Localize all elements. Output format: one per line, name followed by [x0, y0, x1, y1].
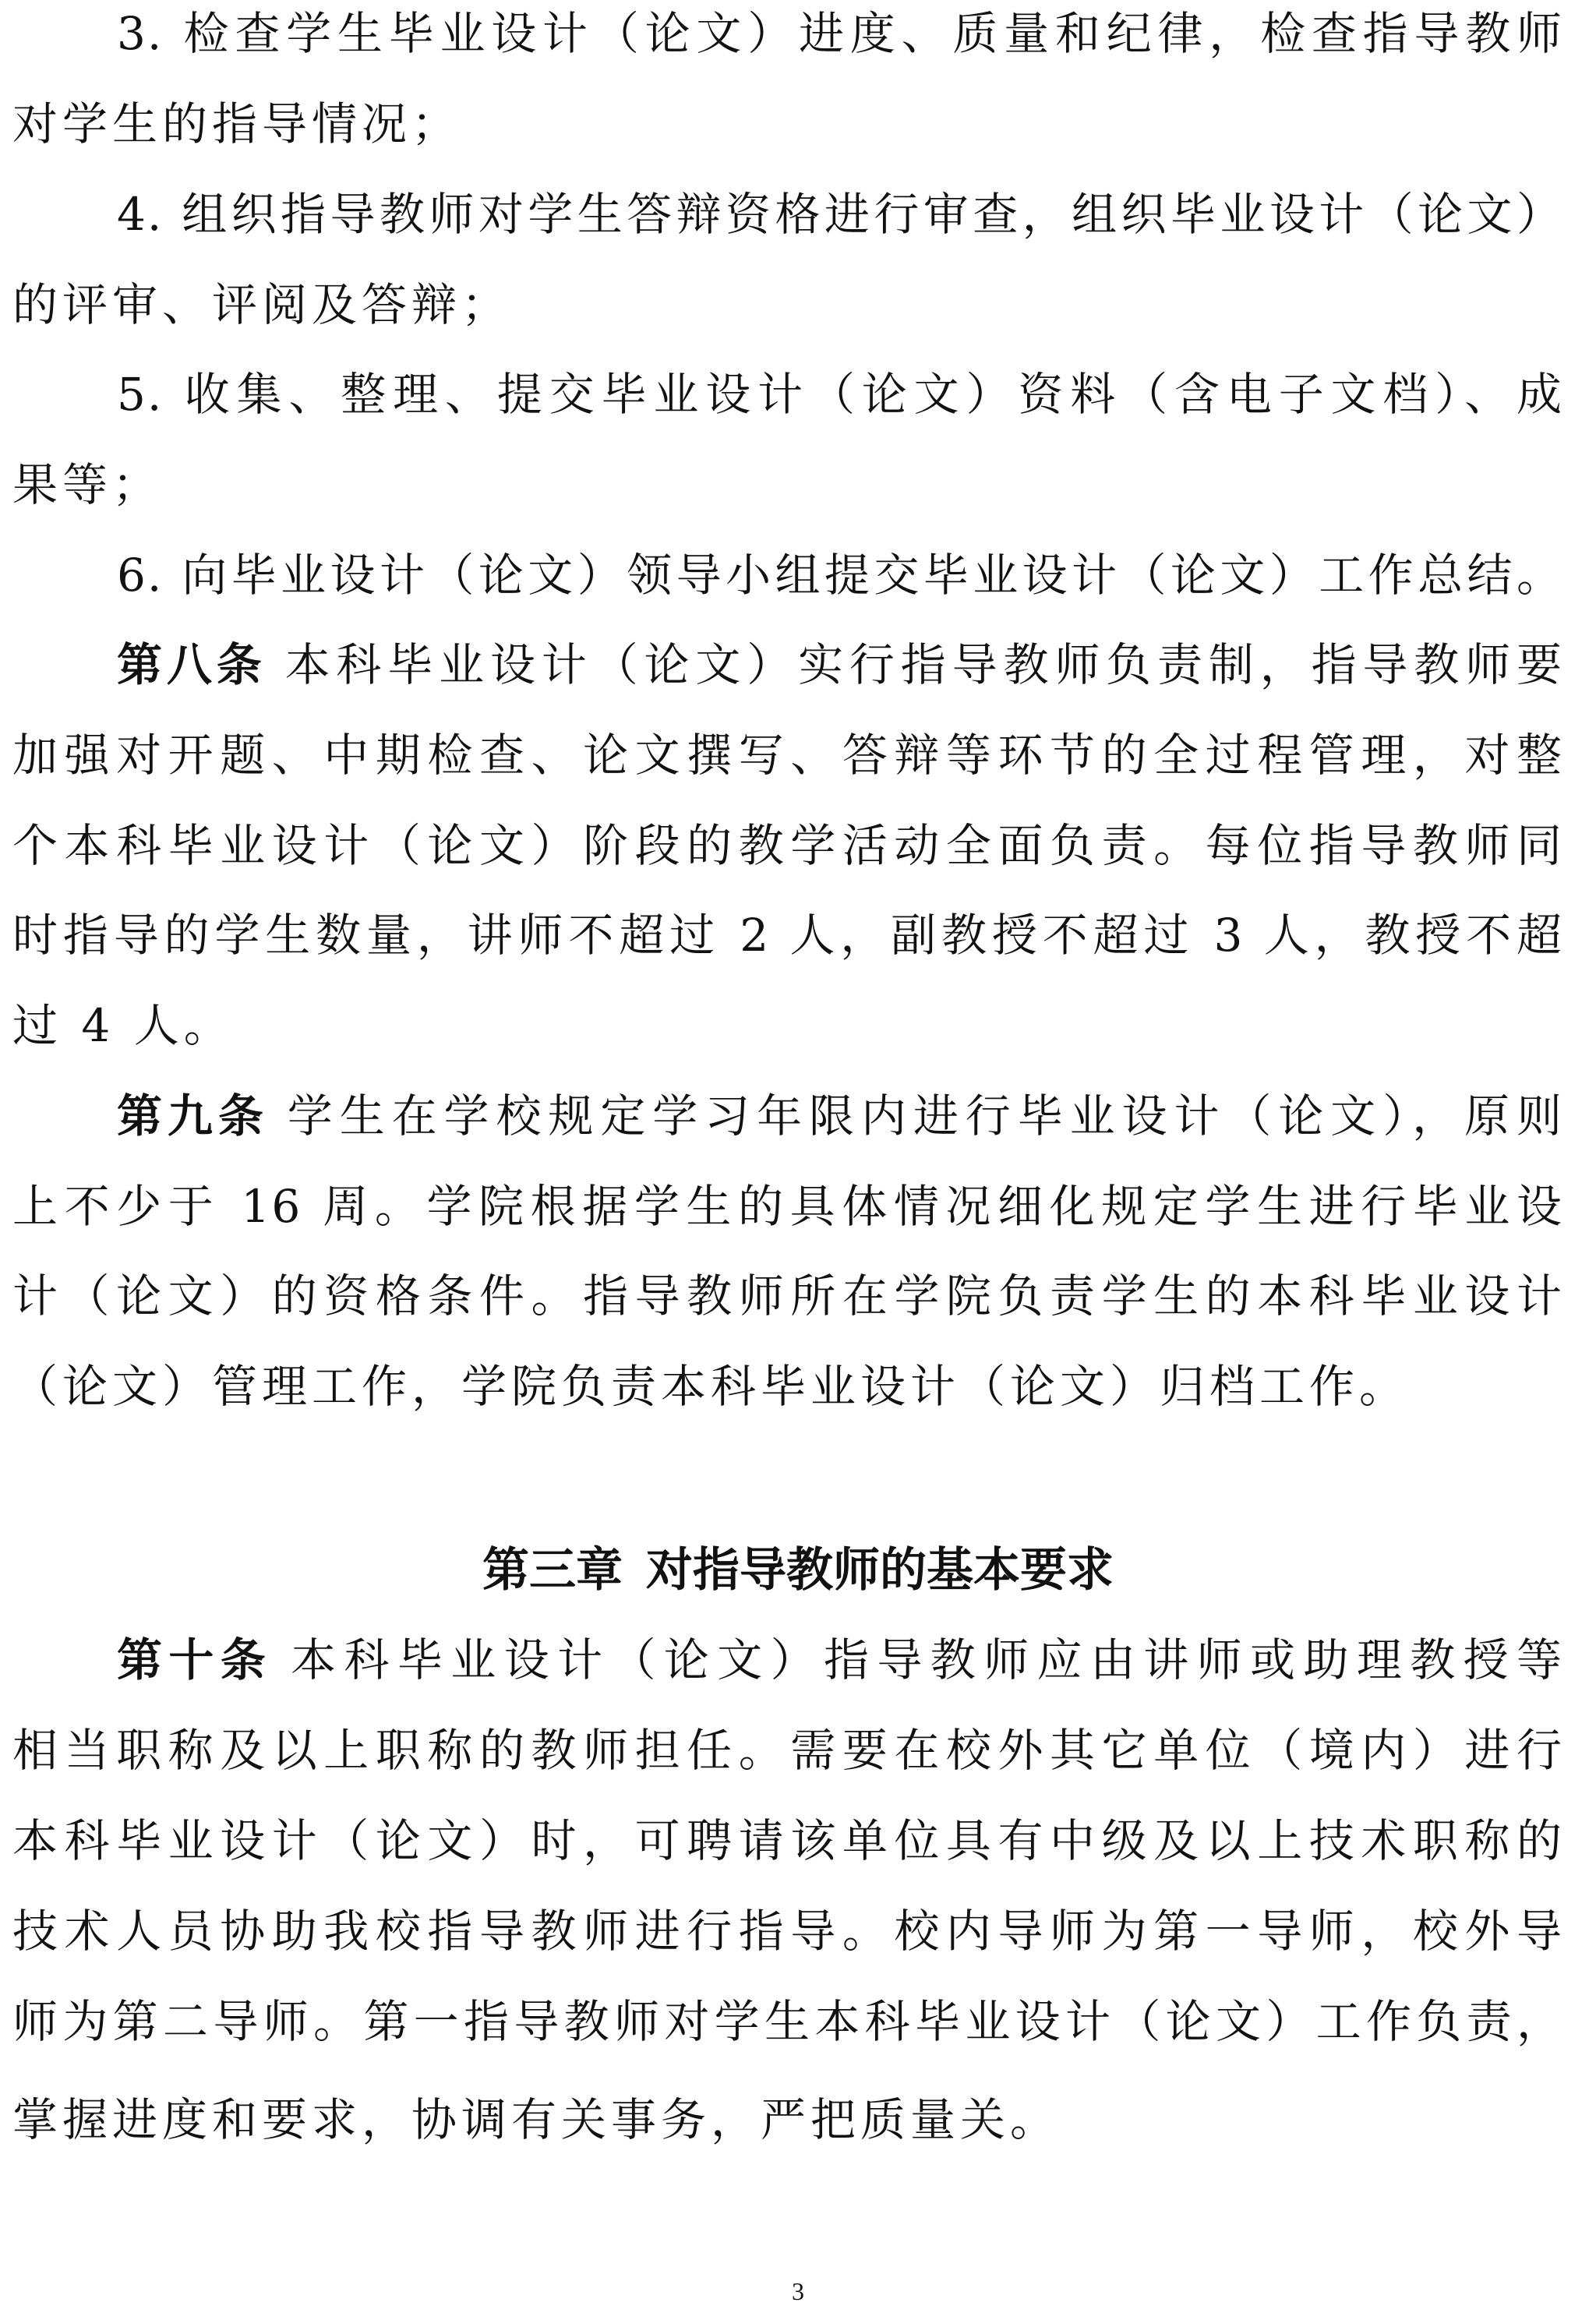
article-8-label: 第八条 — [117, 638, 267, 691]
article-10-line-3: 本科毕业设计（论文）时，可聘请该单位具有中级及以上技术职称的 — [12, 1796, 1563, 1886]
chapter-heading: 第三章对指导教师的基本要求 — [0, 1525, 1596, 1616]
list-item-4-line-2: 的评审、评阅及答辩； — [12, 260, 1563, 350]
article-10-line-5: 师为第二导师。第一指导教师对学生本科毕业设计（论文）工作负责， — [12, 1976, 1563, 2067]
list-item-5-line-2: 果等； — [12, 440, 1563, 530]
article-9-line-4: （论文）管理工作，学院负责本科毕业设计（论文）归档工作。 — [12, 1341, 1563, 1432]
list-item-4-line-1: 4. 组织指导教师对学生答辩资格进行审查，组织毕业设计（论文） — [117, 169, 1563, 260]
list-item-5-line-1: 5. 收集、整理、提交毕业设计（论文）资料（含电子文档）、成 — [117, 349, 1563, 440]
document-page: 3. 检查学生毕业设计（论文）进度、质量和纪律，检查指导教师 对学生的指导情况；… — [0, 0, 1596, 2313]
chapter-title: 对指导教师的基本要求 — [646, 1543, 1114, 1598]
article-8-line-4: 时指导的学生数量，讲师不超过 2 人，副教授不超过 3 人，教授不超 — [12, 890, 1563, 980]
list-item-6-line-1: 6. 向毕业设计（论文）领导小组提交毕业设计（论文）工作总结。 — [117, 530, 1563, 620]
article-9-line-3: 计（论文）的资格条件。指导教师所在学院负责学生的本科毕业设计 — [12, 1251, 1563, 1341]
list-item-3-line-1: 3. 检查学生毕业设计（论文）进度、质量和纪律，检查指导教师 — [117, 0, 1563, 79]
chapter-number: 第三章 — [482, 1543, 623, 1598]
page-number: 3 — [0, 2274, 1596, 2308]
list-item-3-line-2: 对学生的指导情况； — [12, 79, 1563, 169]
article-10-line-6: 掌握进度和要求，协调有关事务，严把质量关。 — [12, 2075, 1563, 2165]
article-10-line-1: 第十条本科毕业设计（论文）指导教师应由讲师或助理教授等 — [117, 1615, 1563, 1705]
article-8-line-3: 个本科毕业设计（论文）阶段的教学活动全面负责。每位指导教师同 — [12, 800, 1563, 891]
article-9-text-1: 学生在学校规定学习年限内进行毕业设计（论文），原则 — [288, 1089, 1563, 1142]
article-10-line-4: 技术人员协助我校指导教师进行指导。校内导师为第一导师，校外导 — [12, 1886, 1563, 1976]
article-8-text-1: 本科毕业设计（论文）实行指导教师负责制，指导教师要 — [285, 638, 1563, 691]
article-9-label: 第九条 — [117, 1089, 269, 1142]
article-10-text-1: 本科毕业设计（论文）指导教师应由讲师或助理教授等 — [291, 1633, 1563, 1686]
article-10-label: 第十条 — [117, 1633, 272, 1686]
article-10-line-2: 相当职称及以上职称的教师担任。需要在校外其它单位（境内）进行 — [12, 1705, 1563, 1796]
article-8-line-2: 加强对开题、中期检查、论文撰写、答辩等环节的全过程管理，对整 — [12, 710, 1563, 800]
article-9-line-1: 第九条学生在学校规定学习年限内进行毕业设计（论文），原则 — [117, 1071, 1563, 1161]
article-8-line-1: 第八条本科毕业设计（论文）实行指导教师负责制，指导教师要 — [117, 620, 1563, 710]
article-9-line-2: 上不少于 16 周。学院根据学生的具体情况细化规定学生进行毕业设 — [12, 1161, 1563, 1252]
article-8-line-5: 过 4 人。 — [12, 980, 1563, 1071]
